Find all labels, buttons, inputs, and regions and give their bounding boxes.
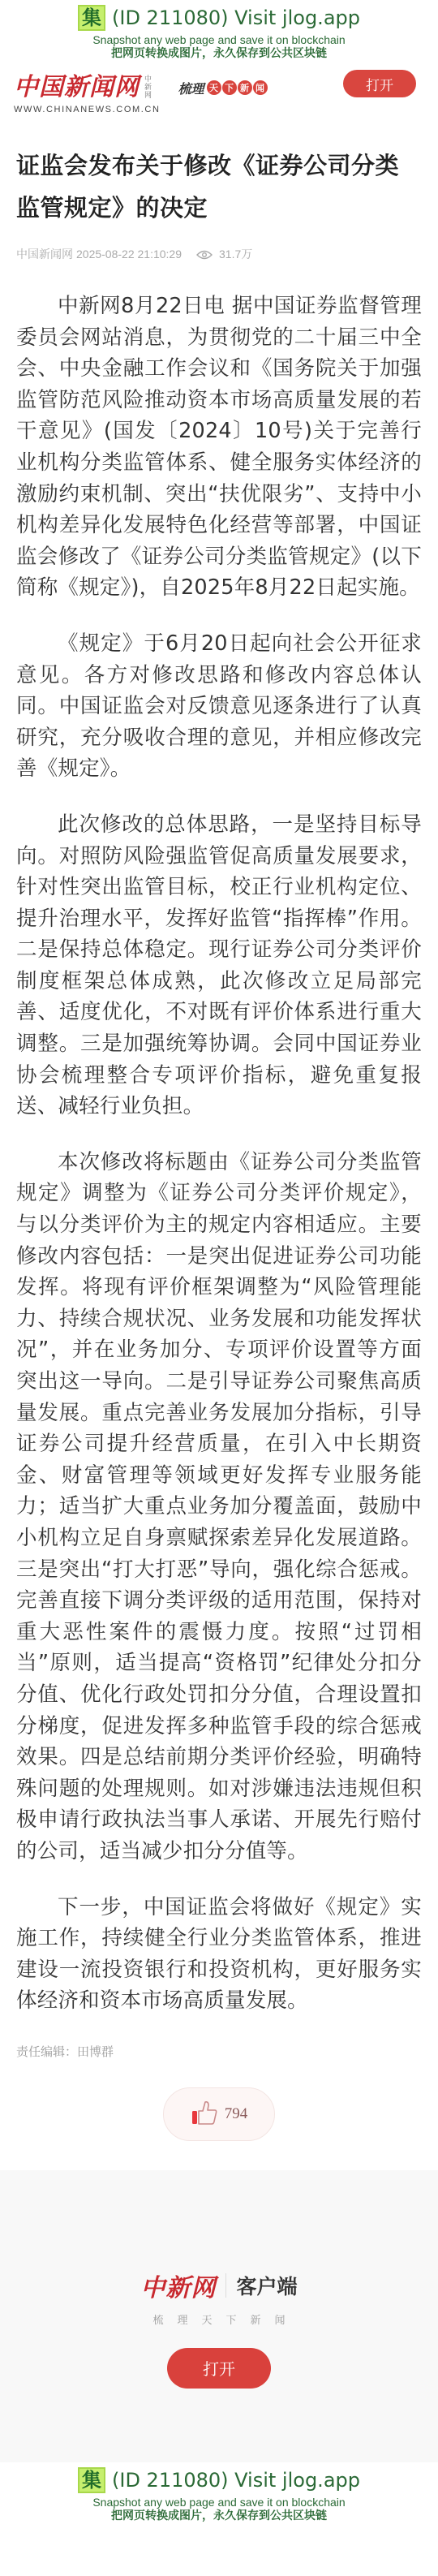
article-paragraph: 《规定》于6月20日起向社会公开征求意见。各方对修改思路和修改内容总体认同。中国… xyxy=(16,628,422,785)
article-paragraph: 中新网8月22日电 据中国证券监督管理委员会网站消息，为贯彻党的二十届三中全会、… xyxy=(16,291,422,604)
logo-vertical-char: 新 xyxy=(144,84,152,92)
logo-url: WWW.CHINANEWS.COM.CN xyxy=(14,105,160,114)
promo-slogan-char: 闻 xyxy=(275,2311,286,2327)
article: 证监会发布关于修改《证券公司分类监管规定》的决定 中国新闻网 2025-08-2… xyxy=(0,144,438,2141)
slogan-dot: 闻 xyxy=(253,80,268,95)
chinanews-logo[interactable]: 中国新闻网 中 新 网 WWW.CHINANEWS.COM.CN xyxy=(14,74,160,114)
article-datetime: 2025-08-22 21:10:29 xyxy=(76,248,182,261)
like-button[interactable]: 794 xyxy=(163,2087,275,2141)
logo-top: 中国新闻网 中 新 网 xyxy=(14,74,160,101)
jlog-icon: 集 xyxy=(78,2467,105,2493)
jlog-banner-line-cn: 把网页转换成图片，永久保存到公共区块链 xyxy=(0,47,438,61)
article-paragraph: 下一步，中国证监会将做好《规定》实施工作，持续健全行业分类监管体系，推进建设一流… xyxy=(16,1892,422,2017)
promo-client-label: 客户端 xyxy=(236,2271,297,2300)
eye-icon xyxy=(196,249,213,259)
article-source: 中国新闻网 xyxy=(16,246,73,262)
jlog-banner-line-en: Snapshot any web page and save it on blo… xyxy=(0,33,438,47)
promo-slogan-char: 下 xyxy=(226,2311,237,2327)
article-editor: 责任编辑：田博群 xyxy=(16,2043,422,2060)
promo-slogan: 梳 理 天 下 新 闻 xyxy=(152,2311,285,2327)
promo-logo-text: 中新网 xyxy=(140,2268,216,2303)
promo-divider xyxy=(225,2273,226,2298)
jlog-banner-bottom[interactable]: 集 (ID 211080) Visit jlog.app Snapshot an… xyxy=(0,2462,438,2524)
like-area: 794 xyxy=(16,2087,422,2141)
like-count: 794 xyxy=(225,2105,248,2123)
jlog-banner-title[interactable]: (ID 211080) Visit jlog.app xyxy=(112,2469,360,2492)
slogan-dot: 天 xyxy=(207,80,221,95)
article-meta: 中国新闻网 2025-08-22 21:10:29 31.7万 xyxy=(16,245,422,263)
thumbs-up-icon xyxy=(191,2100,218,2129)
jlog-banner-title-row: 集 (ID 211080) Visit jlog.app xyxy=(0,5,438,31)
site-header: 中国新闻网 中 新 网 WWW.CHINANEWS.COM.CN 梳理 天 下 … xyxy=(0,62,438,127)
jlog-banner-line-en: Snapshot any web page and save it on blo… xyxy=(0,2496,438,2509)
promo-slogan-char: 理 xyxy=(177,2311,187,2327)
header-open-app-button[interactable]: 打开 xyxy=(343,70,416,97)
logo-vertical-char: 中 xyxy=(144,75,152,84)
jlog-banner-title[interactable]: (ID 211080) Visit jlog.app xyxy=(112,6,360,29)
jlog-banner-title-row: 集 (ID 211080) Visit jlog.app xyxy=(0,2467,438,2493)
promo-slogan-char: 梳 xyxy=(152,2311,163,2327)
article-paragraph: 本次修改将标题由《证券公司分类监管规定》调整为《证券公司分类评价规定》，与以分类… xyxy=(16,1147,422,1867)
header-slogan: 梳理 天 下 新 闻 xyxy=(178,79,268,97)
slogan-dot: 新 xyxy=(238,80,252,95)
slogan-ink-text: 梳理 xyxy=(178,79,204,97)
logo-vertical-text: 中 新 网 xyxy=(144,75,152,100)
logo-text: 中国新闻网 xyxy=(14,74,140,101)
jlog-icon: 集 xyxy=(78,5,105,31)
promo-slogan-char: 天 xyxy=(201,2311,212,2327)
slogan-dot: 下 xyxy=(222,80,237,95)
jlog-banner-line-cn: 把网页转换成图片，永久保存到公共区块链 xyxy=(0,2509,438,2523)
logo-vertical-char: 网 xyxy=(144,92,152,100)
article-views: 31.7万 xyxy=(219,246,252,262)
article-body: 中新网8月22日电 据中国证券监督管理委员会网站消息，为贯彻党的二十届三中全会、… xyxy=(16,291,422,2017)
article-title: 证监会发布关于修改《证券公司分类监管规定》的决定 xyxy=(16,144,422,229)
app-promo-section: 中新网 客户端 梳 理 天 下 新 闻 打开 xyxy=(0,2170,438,2462)
promo-open-app-button[interactable]: 打开 xyxy=(167,2348,271,2389)
article-paragraph: 此次修改的总体思路，一是坚持目标导向。对照防风险强监管促高质量发展要求，针对性突… xyxy=(16,809,422,1122)
jlog-banner-top[interactable]: 集 (ID 211080) Visit jlog.app Snapshot an… xyxy=(0,0,438,62)
promo-logo: 中新网 客户端 xyxy=(140,2268,297,2303)
promo-slogan-char: 新 xyxy=(251,2311,261,2327)
